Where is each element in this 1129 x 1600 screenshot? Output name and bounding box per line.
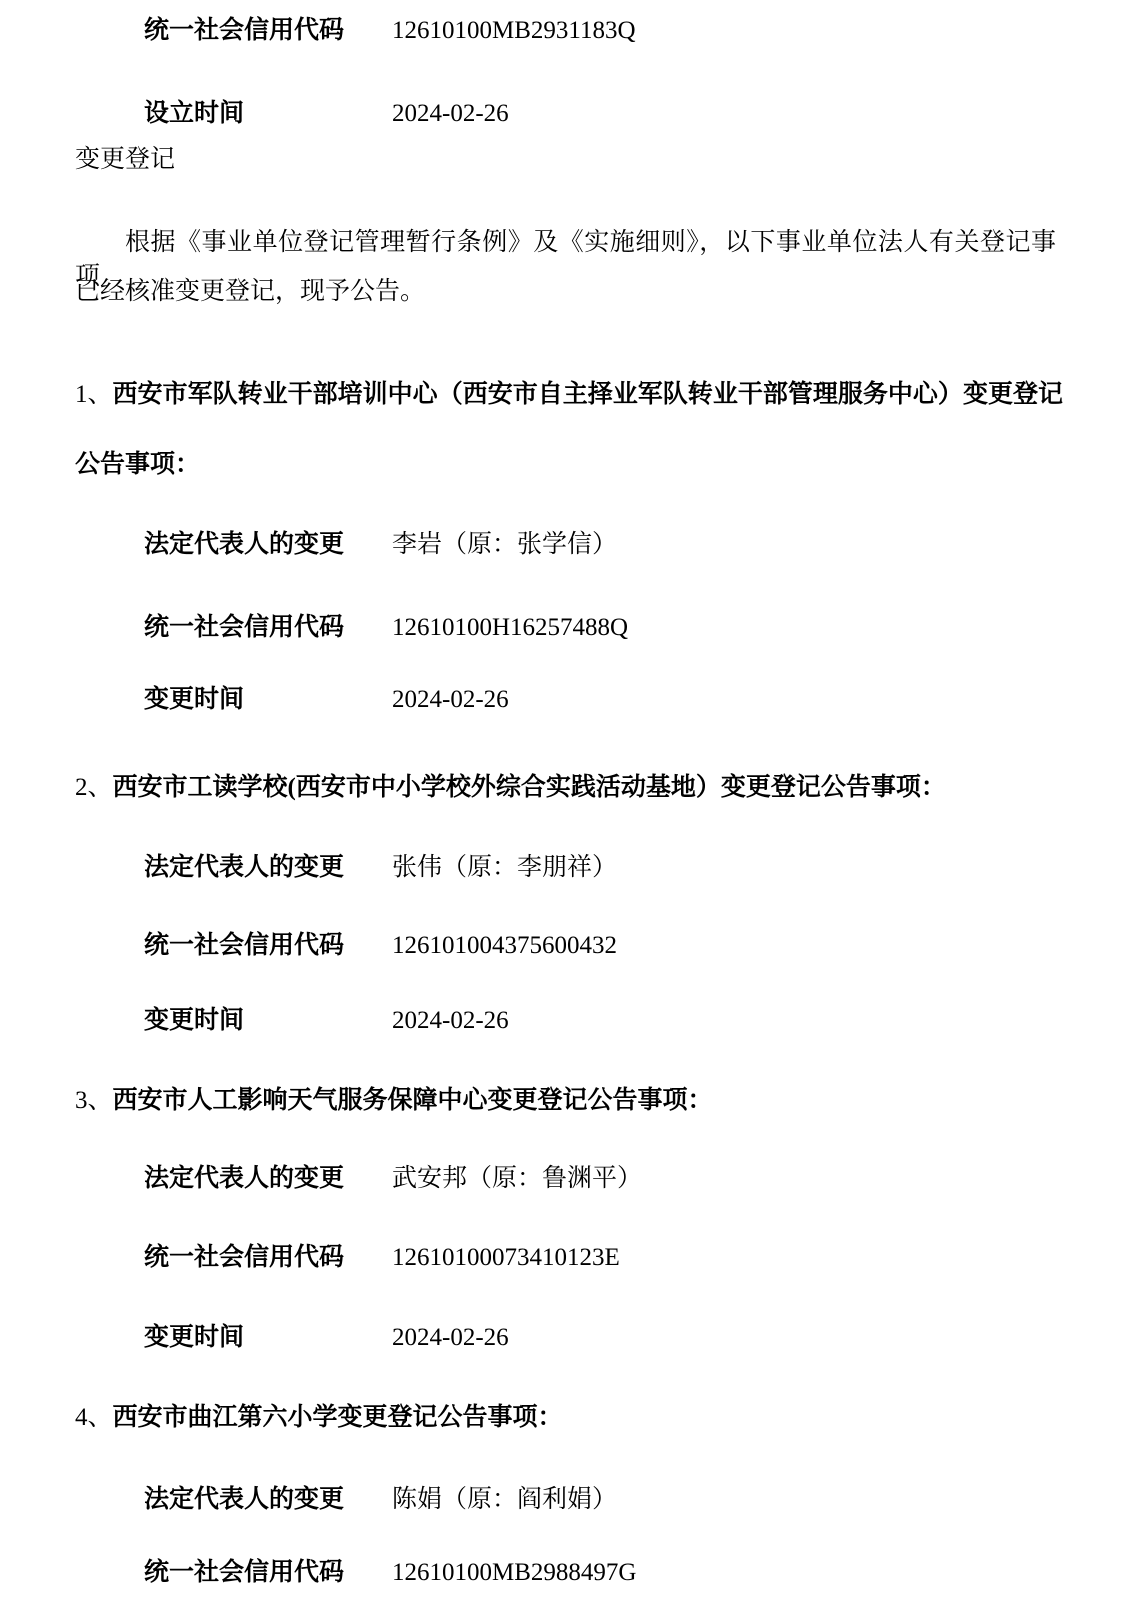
field-value: 12610100H16257488Q [392, 611, 628, 645]
field-row: 统一社会信用代码 126101004375600432 [0, 929, 1129, 963]
field-label: 变更时间 [144, 1004, 244, 1038]
intro-paragraph-line-1: 根据《事业单位登记管理暂行条例》及《实施细则》，以下事业单位法人有关登记事项 [75, 226, 1056, 260]
field-value: 陈娟（原：阎利娟） [392, 1483, 617, 1517]
field-row: 变更时间 2024-02-26 [0, 1004, 1129, 1038]
item-1-heading: 1、西安市军队转业干部培训中心（西安市自主择业军队转业干部管理服务中心）变更登记 [75, 378, 1063, 412]
item-2-title: 西安市工读学校(西安市中小学校外综合实践活动基地）变更登记公告事项： [113, 774, 946, 801]
field-label: 统一社会信用代码 [144, 611, 344, 645]
document-page: 统一社会信用代码 12610100MB2931183Q 设立时间 2024-02… [0, 0, 1129, 1600]
field-row: 法定代表人的变更 武安邦（原：鲁渊平） [0, 1162, 1129, 1196]
item-1-heading-line-2: 公告事项： [75, 448, 200, 482]
field-label: 统一社会信用代码 [144, 14, 344, 48]
field-value: 武安邦（原：鲁渊平） [392, 1162, 642, 1196]
field-value: 2024-02-26 [392, 97, 509, 131]
field-label: 变更时间 [144, 683, 244, 717]
field-row: 变更时间 2024-02-26 [0, 1321, 1129, 1355]
item-3-number: 3、 [75, 1087, 113, 1114]
field-value: 2024-02-26 [392, 1004, 509, 1038]
field-row: 法定代表人的变更 李岩（原：张学信） [0, 528, 1129, 562]
item-1-title: 西安市军队转业干部培训中心（西安市自主择业军队转业干部管理服务中心）变更登记 [113, 381, 1063, 408]
field-row: 统一社会信用代码 12610100073410123E [0, 1241, 1129, 1275]
field-row: 统一社会信用代码 12610100MB2988497G [0, 1556, 1129, 1590]
field-value: 126101004375600432 [392, 929, 617, 963]
field-label: 法定代表人的变更 [144, 528, 344, 562]
item-4-heading: 4、西安市曲江第六小学变更登记公告事项： [75, 1401, 563, 1435]
field-value: 李岩（原：张学信） [392, 528, 617, 562]
field-row: 法定代表人的变更 张伟（原：李朋祥） [0, 851, 1129, 885]
field-label: 统一社会信用代码 [144, 1241, 344, 1275]
field-label: 法定代表人的变更 [144, 1483, 344, 1517]
item-4-number: 4、 [75, 1404, 113, 1431]
section-title: 变更登记 [75, 143, 175, 177]
field-label: 设立时间 [144, 97, 244, 131]
item-3-heading: 3、西安市人工影响天气服务保障中心变更登记公告事项： [75, 1084, 713, 1118]
item-2-heading: 2、西安市工读学校(西安市中小学校外综合实践活动基地）变更登记公告事项： [75, 771, 946, 805]
field-value: 12610100MB2931183Q [392, 14, 636, 48]
intro-paragraph-line-2: 已经核准变更登记，现予公告。 [75, 275, 425, 309]
field-label: 统一社会信用代码 [144, 929, 344, 963]
item-3-title: 西安市人工影响天气服务保障中心变更登记公告事项： [113, 1087, 713, 1114]
field-label: 法定代表人的变更 [144, 1162, 344, 1196]
field-row: 设立时间 2024-02-26 [0, 97, 1129, 131]
item-4-title: 西安市曲江第六小学变更登记公告事项： [113, 1404, 563, 1431]
field-label: 统一社会信用代码 [144, 1556, 344, 1590]
field-value: 12610100MB2988497G [392, 1556, 636, 1590]
field-value: 2024-02-26 [392, 683, 509, 717]
field-row: 法定代表人的变更 陈娟（原：阎利娟） [0, 1483, 1129, 1517]
field-row: 统一社会信用代码 12610100H16257488Q [0, 611, 1129, 645]
field-row: 变更时间 2024-02-26 [0, 683, 1129, 717]
field-row: 统一社会信用代码 12610100MB2931183Q [0, 14, 1129, 48]
field-label: 法定代表人的变更 [144, 851, 344, 885]
field-value: 12610100073410123E [392, 1241, 620, 1275]
item-2-number: 2、 [75, 774, 113, 801]
field-value: 2024-02-26 [392, 1321, 509, 1355]
item-1-number: 1、 [75, 381, 113, 408]
field-value: 张伟（原：李朋祥） [392, 851, 617, 885]
field-label: 变更时间 [144, 1321, 244, 1355]
